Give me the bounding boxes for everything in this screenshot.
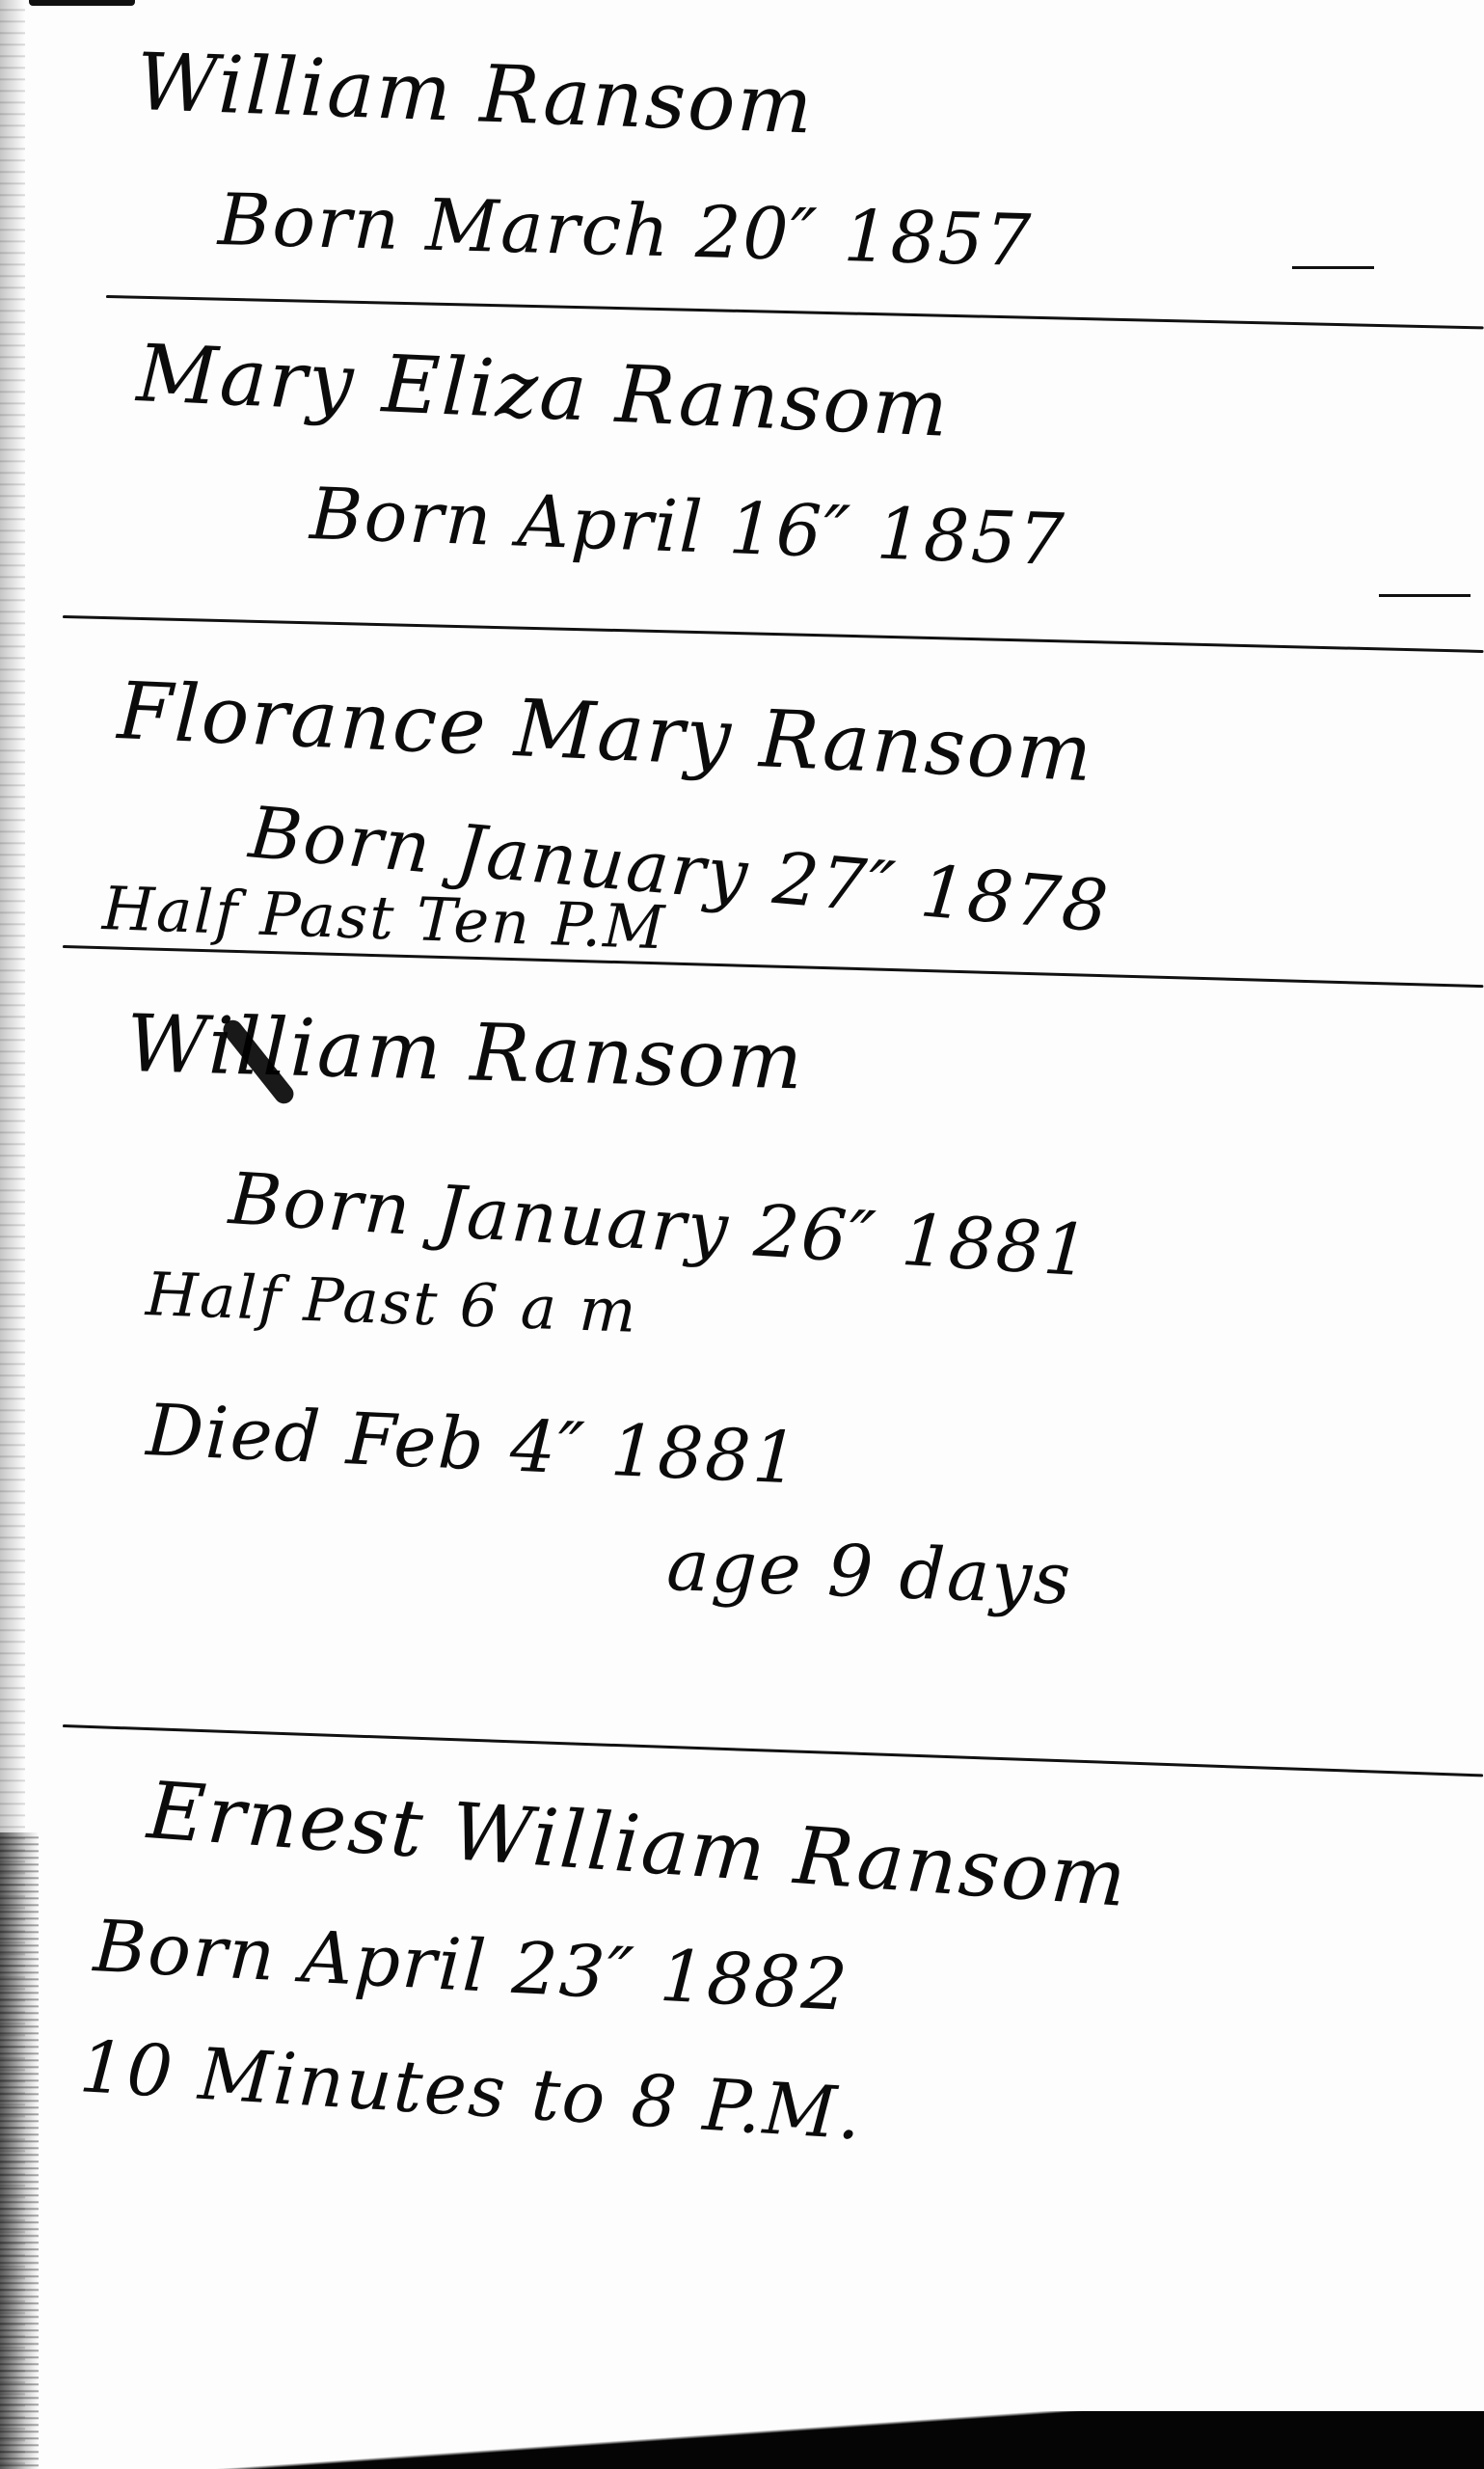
- entry-5-name: Ernest William Ransom: [145, 1765, 1131, 1925]
- page-margin-speckle-lower: [0, 1832, 39, 2469]
- page-top-edge: [29, 0, 135, 6]
- entry-5-born: Born April 23″ 1882: [92, 1905, 851, 2027]
- entry-4-name-text: William Ransom: [125, 998, 805, 1107]
- separator-rule-4: [63, 1724, 1483, 1777]
- page-bottom-shadow: [0, 2411, 1484, 2469]
- separator-rule-2: [63, 615, 1484, 653]
- entry-2-year-underline: [1379, 594, 1471, 597]
- entry-4-age: age 9 days: [665, 1524, 1073, 1621]
- entry-4-time: Half Past 6 a m: [145, 1259, 639, 1346]
- entry-4-died: Died Feb 4″ 1881: [145, 1389, 801, 1501]
- entry-2-name: Mary Eliza Ransom: [135, 328, 952, 455]
- register-page: William Ransom Born March 20″ 1857 Mary …: [0, 0, 1484, 2469]
- entry-1-year-underline: [1292, 266, 1374, 269]
- entry-4-name: William Ransom: [125, 998, 805, 1107]
- separator-rule-3: [63, 945, 1484, 988]
- entry-5-time: 10 Minutes to 8 P.M.: [77, 2025, 865, 2157]
- entry-3-name: Florance Mary Ransom: [116, 665, 1095, 800]
- entry-1-name: William Ransom: [135, 37, 816, 151]
- separator-rule-1: [106, 295, 1484, 329]
- entry-1-born: Born March 20″ 1857: [217, 178, 1034, 283]
- entry-2-born: Born April 16″ 1857: [309, 473, 1067, 582]
